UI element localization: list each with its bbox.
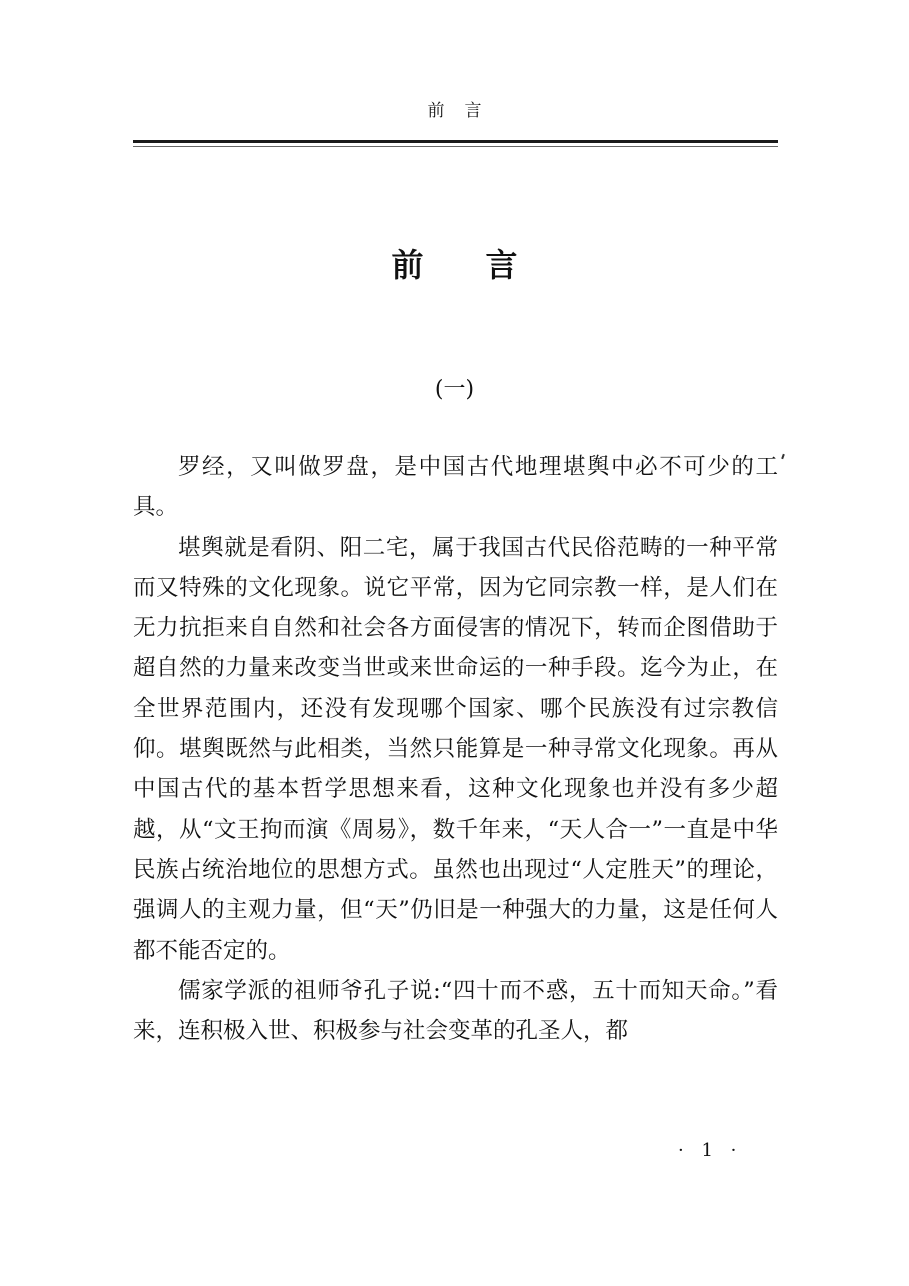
paragraph: 堪舆就是看阴、阳二宅，属于我国古代民俗范畴的一种平常而又特殊的文化现象。说它平常… [133,528,778,971]
section-marker: (一) [0,372,909,403]
scan-artifact [781,454,785,459]
paragraph: 罗经，又叫做罗盘，是中国古代地理堪舆中必不可少的工具。 [133,447,778,528]
running-header: 前言 [0,96,909,121]
chapter-title: 前言 [0,240,909,286]
body-text: 罗经，又叫做罗盘，是中国古代地理堪舆中必不可少的工具。 堪舆就是看阴、阳二宅，属… [133,447,778,1051]
page-number: · 1 · [678,1140,742,1161]
header-rule [133,140,778,143]
header-rule-thin [133,146,778,147]
paragraph: 儒家学派的祖师爷孔子说:“四十而不惑，五十而知天命。”看来，连积极入世、积极参与… [133,971,778,1052]
